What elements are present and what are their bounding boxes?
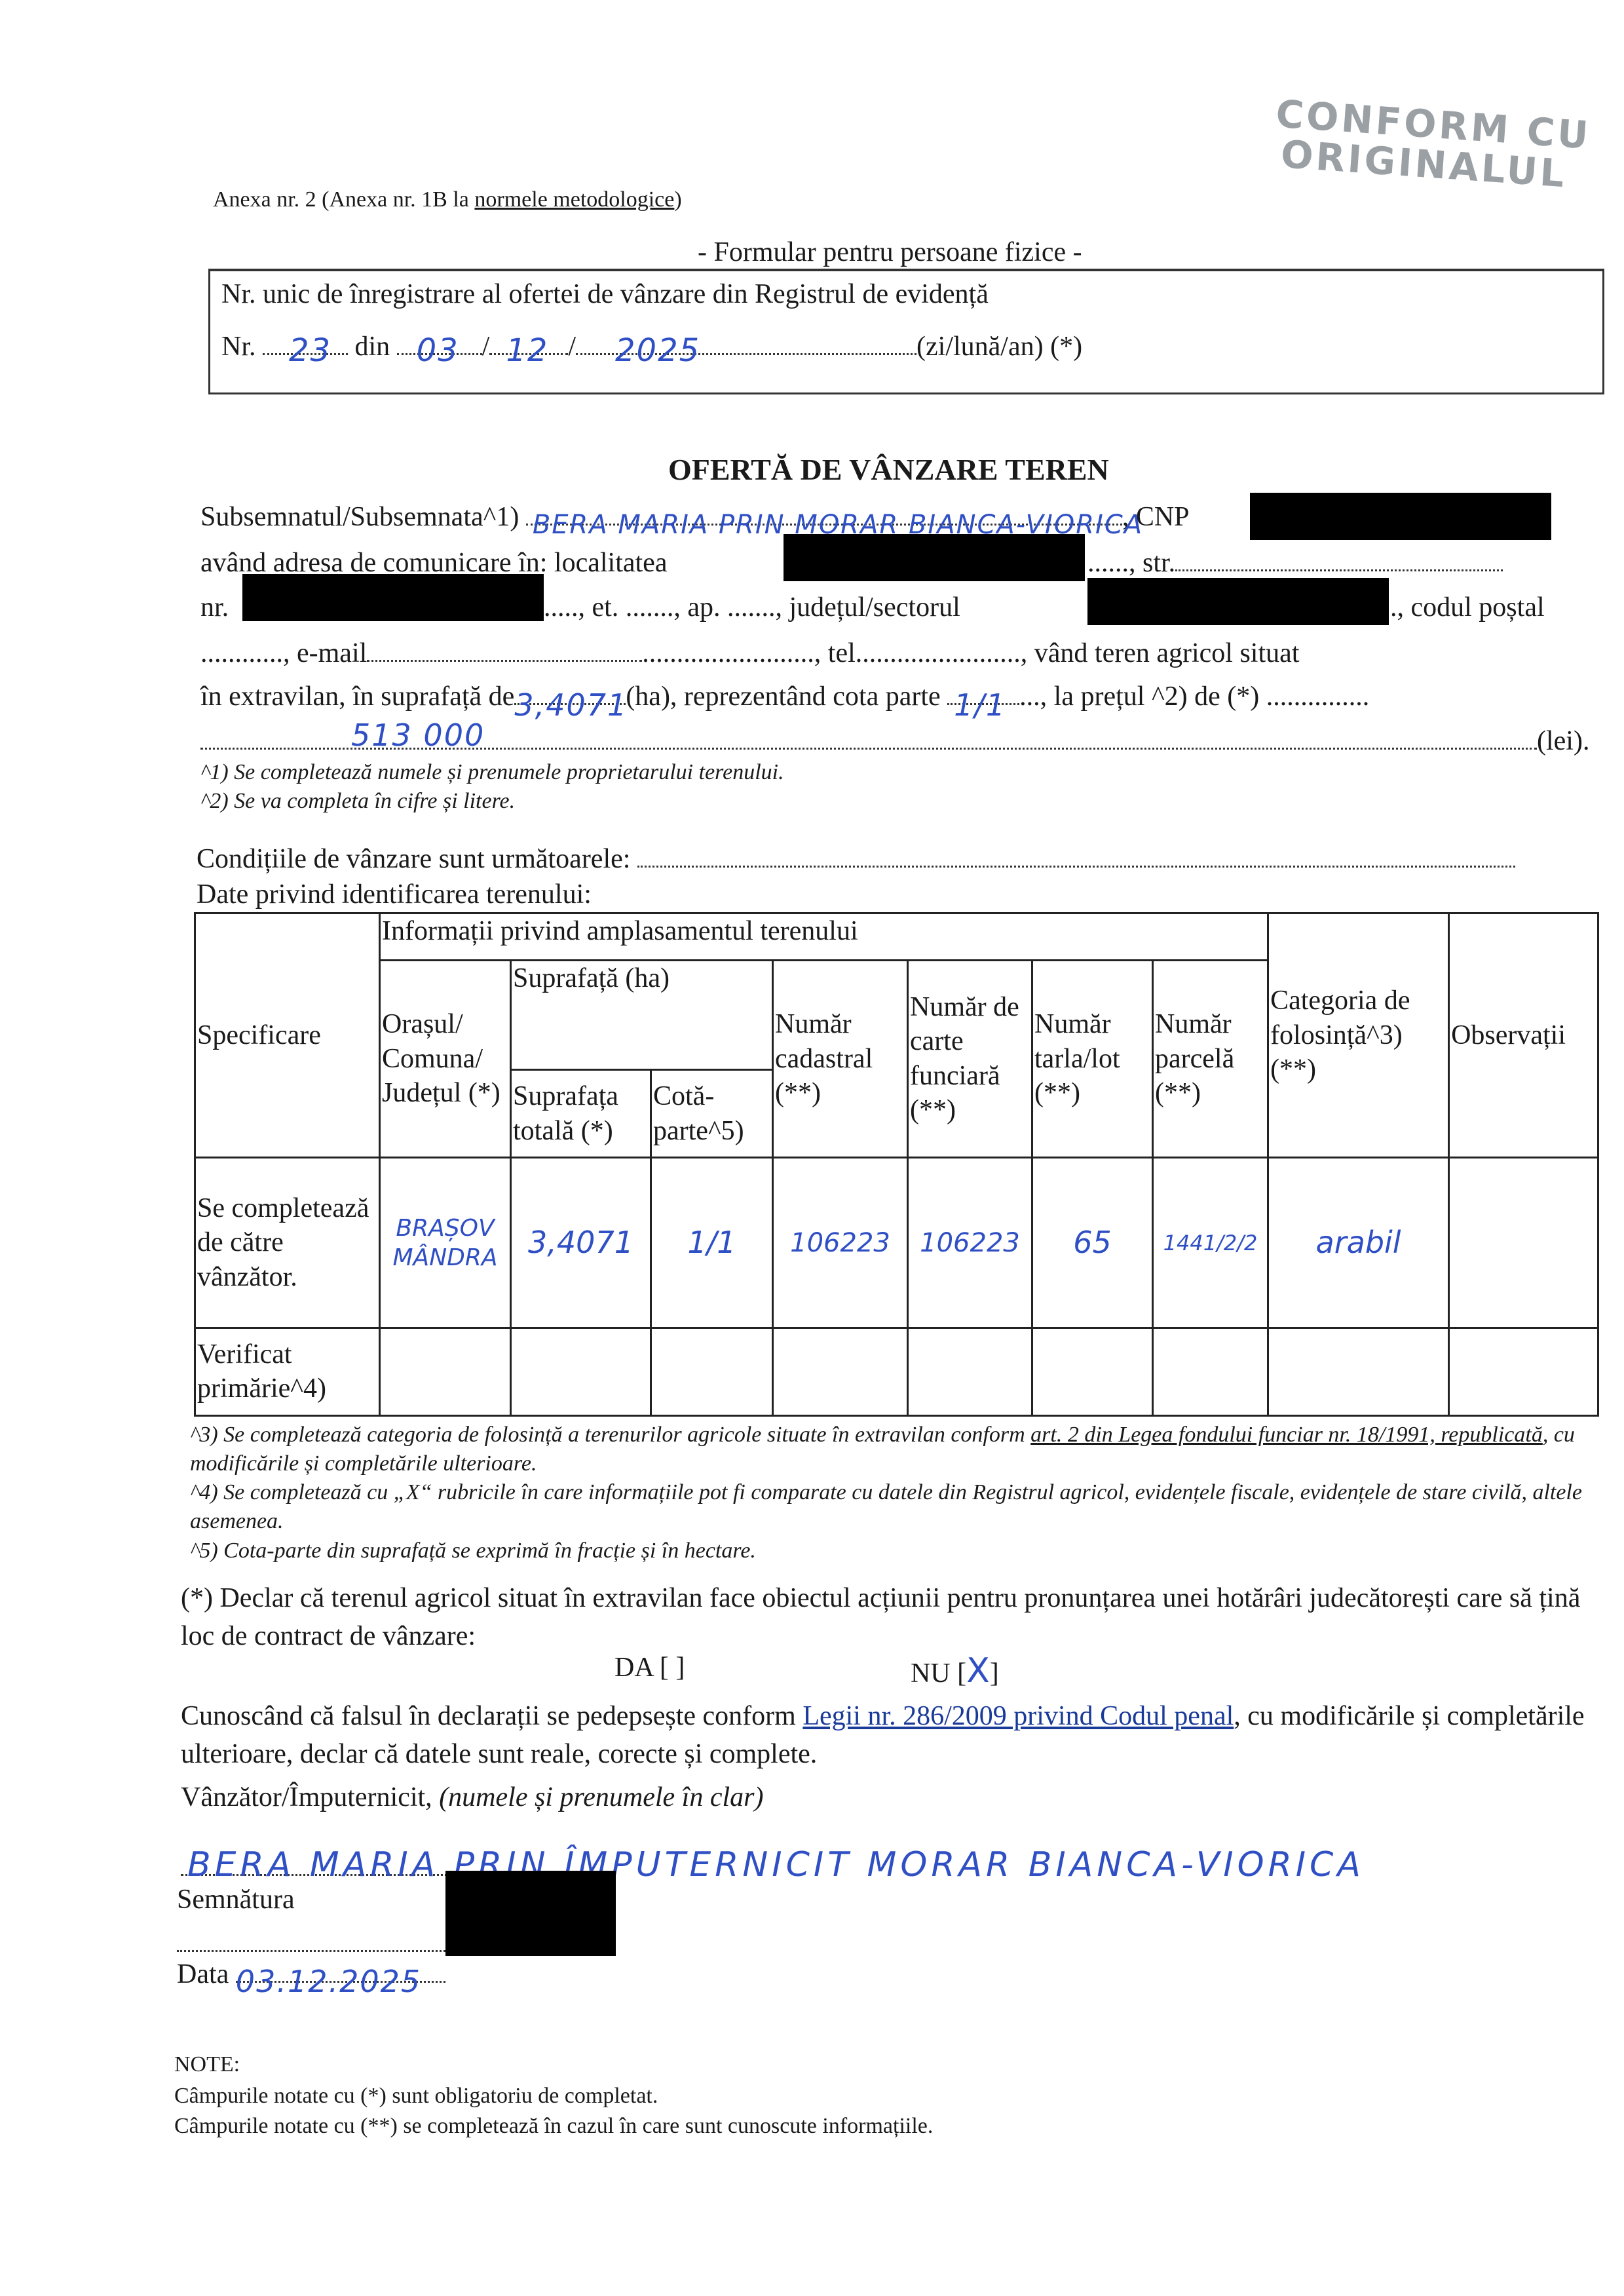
email-field[interactable]: [367, 660, 642, 662]
header-categoria: Categoria de folosință^3) (**): [1268, 913, 1449, 1158]
et-ap-line: ....., et. ......., ap. ......., județul…: [544, 594, 960, 621]
redacted-locality: [784, 534, 1085, 581]
footnote-3-law-link[interactable]: art. 2 din Legea fondului funciar nr. 18…: [1030, 1423, 1543, 1447]
cell-observatii[interactable]: [1449, 1328, 1598, 1415]
header-oras: Orașul/ Comuna/ Județul (*): [380, 960, 511, 1158]
footnote-1: ^1) Se completează numele și prenumele p…: [200, 760, 784, 785]
owner-name-field[interactable]: BERA MARIA PRIN MORAR BIANCA-VIORICA: [526, 524, 1122, 526]
penal-code-link[interactable]: Legii nr. 286/2009 privind Codul penal: [803, 1701, 1234, 1731]
header-suprafata: Suprafață (ha): [511, 960, 773, 1070]
din-label: din: [355, 332, 390, 362]
footnote-2: ^2) Se va completa în cifre și litere.: [200, 789, 515, 814]
registry-heading: Nr. unic de înregistrare al ofertei de v…: [221, 280, 989, 308]
conform-cu-originalul-stamp: CONFORM CU ORIGINALUL: [1272, 94, 1592, 195]
area-line: în extravilan, în suprafață de3,4071(ha)…: [200, 683, 1369, 710]
subsemnatul-label: Subsemnatul/Subsemnata^1): [200, 502, 519, 532]
price-field[interactable]: 513 000: [200, 748, 1537, 750]
registry-month-value: 12: [506, 335, 548, 366]
penal-statement: Cunoscând că falsul în declarații se ped…: [181, 1697, 1589, 1773]
postal-code-label: ., codul poștal: [1390, 594, 1545, 621]
cell-cota[interactable]: 1/1: [651, 1158, 773, 1328]
land-identification-table: Specificare Informații privind amplasame…: [194, 912, 1599, 1417]
registry-year-field[interactable]: 2025: [576, 353, 916, 355]
date-line: Data 03.12.2025: [177, 1961, 445, 1988]
seller-name-field[interactable]: BERA MARIA PRIN ÎMPUTERNICIT MORAR BIANC…: [181, 1848, 456, 1879]
row-label: Verificat primărie^4): [195, 1328, 380, 1415]
header-suprafata-totala: Suprafața totală (*): [511, 1070, 651, 1158]
cell-tarla[interactable]: 65: [1032, 1158, 1153, 1328]
footnote-3-text: ^3) Se completează categoria de folosinț…: [190, 1423, 1030, 1447]
seller-label-line: Vânzător/Împuternicit, (numele și prenum…: [181, 1784, 764, 1811]
cell-oras[interactable]: BRAȘOV MÂNDRA: [380, 1158, 511, 1328]
declaration-text: (*) Declar că terenul agricol situat în …: [181, 1579, 1589, 1655]
annex-reference: Anexa nr. 2 (Anexa nr. 1B la normele met…: [213, 187, 682, 212]
nr-label: Nr.: [221, 332, 256, 362]
redacted-county: [1087, 578, 1389, 625]
address-line: având adresa de comunicare în: localitat…: [200, 549, 667, 577]
footnote-4: ^4) Se completează cu „X“ rubricile în c…: [190, 1478, 1598, 1536]
cell-parcela[interactable]: 1441/2/2: [1153, 1158, 1268, 1328]
identification-label: Date privind identificarea terenului:: [197, 881, 592, 908]
conditions-label: Condițiile de vânzare sunt următoarele:: [197, 844, 630, 874]
judet-label: ......., județul/sectorul: [727, 592, 960, 622]
conditions-line: Condițiile de vânzare sunt următoarele:: [197, 845, 1515, 873]
date-field[interactable]: 03.12.2025: [236, 1981, 445, 1983]
seller-name-value: BERA MARIA PRIN ÎMPUTERNICIT MORAR BIANC…: [187, 1845, 1365, 1885]
cell-cadastral[interactable]: [773, 1328, 908, 1415]
cell-tarla[interactable]: [1032, 1328, 1153, 1415]
date-label: Data: [177, 1959, 229, 1989]
header-carte-funciara: Număr de carte funciară (**): [908, 960, 1032, 1158]
option-da[interactable]: DA [ ]: [614, 1654, 685, 1681]
et-label: ....., et.: [544, 592, 618, 622]
option-nu[interactable]: NU [X]: [911, 1654, 999, 1688]
header-observatii: Observații: [1449, 913, 1598, 1158]
registry-year-value: 2025: [615, 335, 700, 366]
signature-field[interactable]: [177, 1933, 445, 1955]
notes-line-1: Câmpurile notate cu (*) sunt obligatoriu…: [174, 2084, 658, 2109]
registry-nr-value: 23: [289, 335, 331, 366]
redacted-street-number: [242, 574, 544, 621]
ha-label: (ha), reprezentând cota parte: [626, 681, 940, 712]
cell-cota[interactable]: [651, 1328, 773, 1415]
cell-suprafata-totala[interactable]: 3,4071: [511, 1158, 651, 1328]
signature-label: Semnătura: [177, 1886, 295, 1913]
cell-categoria[interactable]: arabil: [1268, 1158, 1449, 1328]
header-group-amplasament: Informații privind amplasamentul terenul…: [380, 913, 1268, 961]
registry-day-value: 03: [417, 335, 459, 366]
cell-carte-funciara[interactable]: [908, 1328, 1032, 1415]
share-value: 1/1: [954, 690, 1006, 720]
area-value: 3,4071: [514, 690, 628, 720]
registry-nr-field[interactable]: 23: [263, 353, 348, 355]
registry-day-field[interactable]: 03: [397, 353, 482, 355]
notes-line-2: Câmpurile notate cu (**) se completează …: [174, 2114, 933, 2139]
annex-link[interactable]: normele metodologice: [474, 187, 674, 212]
owner-name-line: Subsemnatul/Subsemnata^1) BERA MARIA PRI…: [200, 503, 1190, 531]
cell-cadastral[interactable]: 106223: [773, 1158, 908, 1328]
nu-checked-mark: X: [966, 1651, 990, 1691]
nu-label: NU [: [911, 1658, 966, 1689]
annex-prefix: Anexa nr. 2 (Anexa nr. 1B la: [213, 187, 474, 212]
nu-close-bracket: ]: [990, 1658, 999, 1689]
tel-label: ........................., tel.: [642, 638, 862, 668]
cell-categoria[interactable]: [1268, 1328, 1449, 1415]
email-label: ............, e-mail: [200, 638, 367, 668]
date-value: 03.12.2025: [236, 1966, 421, 1997]
cell-oras[interactable]: [380, 1328, 511, 1415]
header-parcela: Număr parcelă (**): [1153, 960, 1268, 1158]
table-row: Verificat primărie^4): [195, 1328, 1598, 1415]
header-cota-parte: Cotă-parte^5): [651, 1070, 773, 1158]
document-title: OFERTĂ DE VÂNZARE TEREN: [668, 452, 1109, 487]
cell-observatii[interactable]: [1449, 1158, 1598, 1328]
area-field[interactable]: 3,4071: [514, 703, 626, 705]
price-label: ..., la prețul ^2) de (*) ..............…: [1019, 681, 1369, 712]
row-label: Se completează de către vânzător.: [195, 1158, 380, 1328]
seller-label: Vânzător/Împuternicit,: [181, 1782, 432, 1812]
ap-label: ......., ap.: [626, 592, 721, 622]
seller-hint: (numele și prenumele în clar): [439, 1782, 763, 1812]
redacted-cnp: [1250, 493, 1551, 540]
redacted-signature: [445, 1871, 616, 1956]
nr-label: nr.: [200, 594, 229, 621]
cell-carte-funciara[interactable]: 106223: [908, 1158, 1032, 1328]
cell-suprafata-totala[interactable]: [511, 1328, 651, 1415]
penal-prefix: Cunoscând că falsul în declarații se ped…: [181, 1701, 803, 1731]
owning-label: ......................., vând teren agri…: [862, 638, 1299, 668]
contact-line: ............, e-mail....................…: [200, 640, 1299, 667]
registry-number-line: Nr. 23 din 03/12/2025(zi/lună/an) (*): [221, 333, 1082, 360]
header-specificare: Specificare: [195, 913, 380, 1158]
lei-label: (lei).: [1537, 726, 1589, 756]
footnote-5: ^5) Cota-parte din suprafață se exprimă …: [190, 1539, 756, 1563]
str-label: ......, str.: [1087, 548, 1175, 578]
share-field[interactable]: 1/1: [947, 703, 1019, 705]
header-tarla: Număr tarla/lot (**): [1032, 960, 1153, 1158]
notes-heading: NOTE:: [174, 2052, 240, 2077]
price-line: 513 000(lei).: [200, 727, 1589, 755]
footnote-3: ^3) Se completează categoria de folosinț…: [190, 1421, 1598, 1478]
date-format-label: (zi/lună/an) (*): [916, 332, 1082, 362]
street-field[interactable]: ......, str.: [1087, 549, 1503, 577]
header-cadastral: Număr cadastral (**): [773, 960, 908, 1158]
registry-month-field[interactable]: 12: [489, 353, 568, 355]
price-value: 513 000: [351, 720, 485, 750]
form-subtitle: - Formular pentru persoane fizice -: [698, 239, 1082, 266]
table-row: Se completează de către vânzător. BRAȘOV…: [195, 1158, 1598, 1328]
cell-parcela[interactable]: [1153, 1328, 1268, 1415]
conditions-field[interactable]: [637, 866, 1515, 868]
extravilan-label: în extravilan, în suprafață de: [200, 681, 514, 712]
annex-suffix: ): [674, 187, 681, 212]
